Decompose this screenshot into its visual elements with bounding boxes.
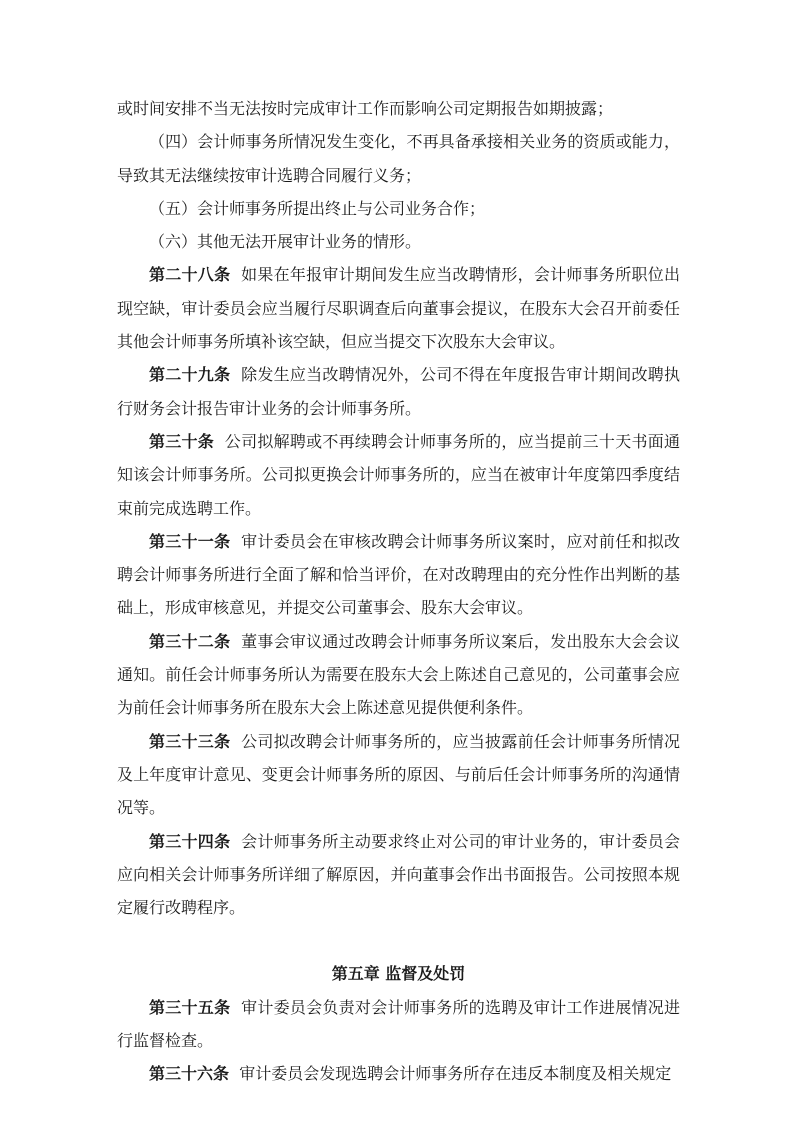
paragraph-text: 或时间安排不当无法按时完成审计工作而影响公司定期报告如期披露； [117, 99, 613, 118]
chapter-heading: 第五章 监督及处罚 [117, 957, 680, 990]
paragraph-text: （五）会计师事务所提出终止与公司业务合作； [149, 199, 485, 218]
paragraph-text: （四）会计师事务所情况发生变化，不再具备承接相关业务的资质或能力，导致其无法继续… [117, 132, 680, 184]
article-34: 第三十四条 会计师事务所主动要求终止对公司的审计业务的，审计委员会应向相关会计师… [117, 825, 680, 925]
article-number: 第二十八条 [149, 265, 230, 284]
article-number: 第三十三条 [149, 732, 230, 751]
article-number: 第二十九条 [149, 365, 230, 384]
article-29: 第二十九条 除发生应当改聘情况外，公司不得在年度报告审计期间改聘执行财务会计报告… [117, 358, 680, 425]
paragraph-item-5: （五）会计师事务所提出终止与公司业务合作； [117, 192, 680, 225]
article-32: 第三十二条 董事会审议通过改聘会计师事务所议案后，发出股东大会会议通知。前任会计… [117, 625, 680, 725]
article-30: 第三十条 公司拟解聘或不再续聘会计师事务所的，应当提前三十天书面通知该会计师事务… [117, 425, 680, 525]
article-number: 第三十六条 [149, 1064, 229, 1083]
paragraph-text: （六）其他无法开展审计业务的情形。 [149, 232, 421, 251]
article-number: 第三十条 [149, 432, 214, 451]
article-28: 第二十八条 如果在年报审计期间发生应当改聘情形，会计师事务所职位出现空缺，审计委… [117, 258, 680, 358]
paragraph-continuation: 或时间安排不当无法按时完成审计工作而影响公司定期报告如期披露； [117, 92, 680, 125]
article-text: 审计委员会发现选聘会计师事务所存在违反本制度及相关规定 [239, 1064, 671, 1083]
article-number: 第三十二条 [149, 632, 230, 651]
article-33: 第三十三条 公司拟改聘会计师事务所的，应当披露前任会计师事务所情况及上年度审计意… [117, 725, 680, 825]
article-31: 第三十一条 审计委员会在审核改聘会计师事务所议案时，应对前任和拟改聘会计师事务所… [117, 525, 680, 625]
article-number: 第三十一条 [149, 532, 230, 551]
document-page: 或时间安排不当无法按时完成审计工作而影响公司定期报告如期披露； （四）会计师事务… [117, 92, 680, 1091]
paragraph-item-6: （六）其他无法开展审计业务的情形。 [117, 225, 680, 258]
article-number: 第三十五条 [149, 998, 230, 1017]
paragraph-item-4: （四）会计师事务所情况发生变化，不再具备承接相关业务的资质或能力，导致其无法继续… [117, 125, 680, 192]
article-35: 第三十五条 审计委员会负责对会计师事务所的选聘及审计工作进展情况进行监督检查。 [117, 991, 680, 1058]
article-number: 第三十四条 [149, 832, 230, 851]
article-36: 第三十六条 审计委员会发现选聘会计师事务所存在违反本制度及相关规定 [117, 1057, 680, 1090]
